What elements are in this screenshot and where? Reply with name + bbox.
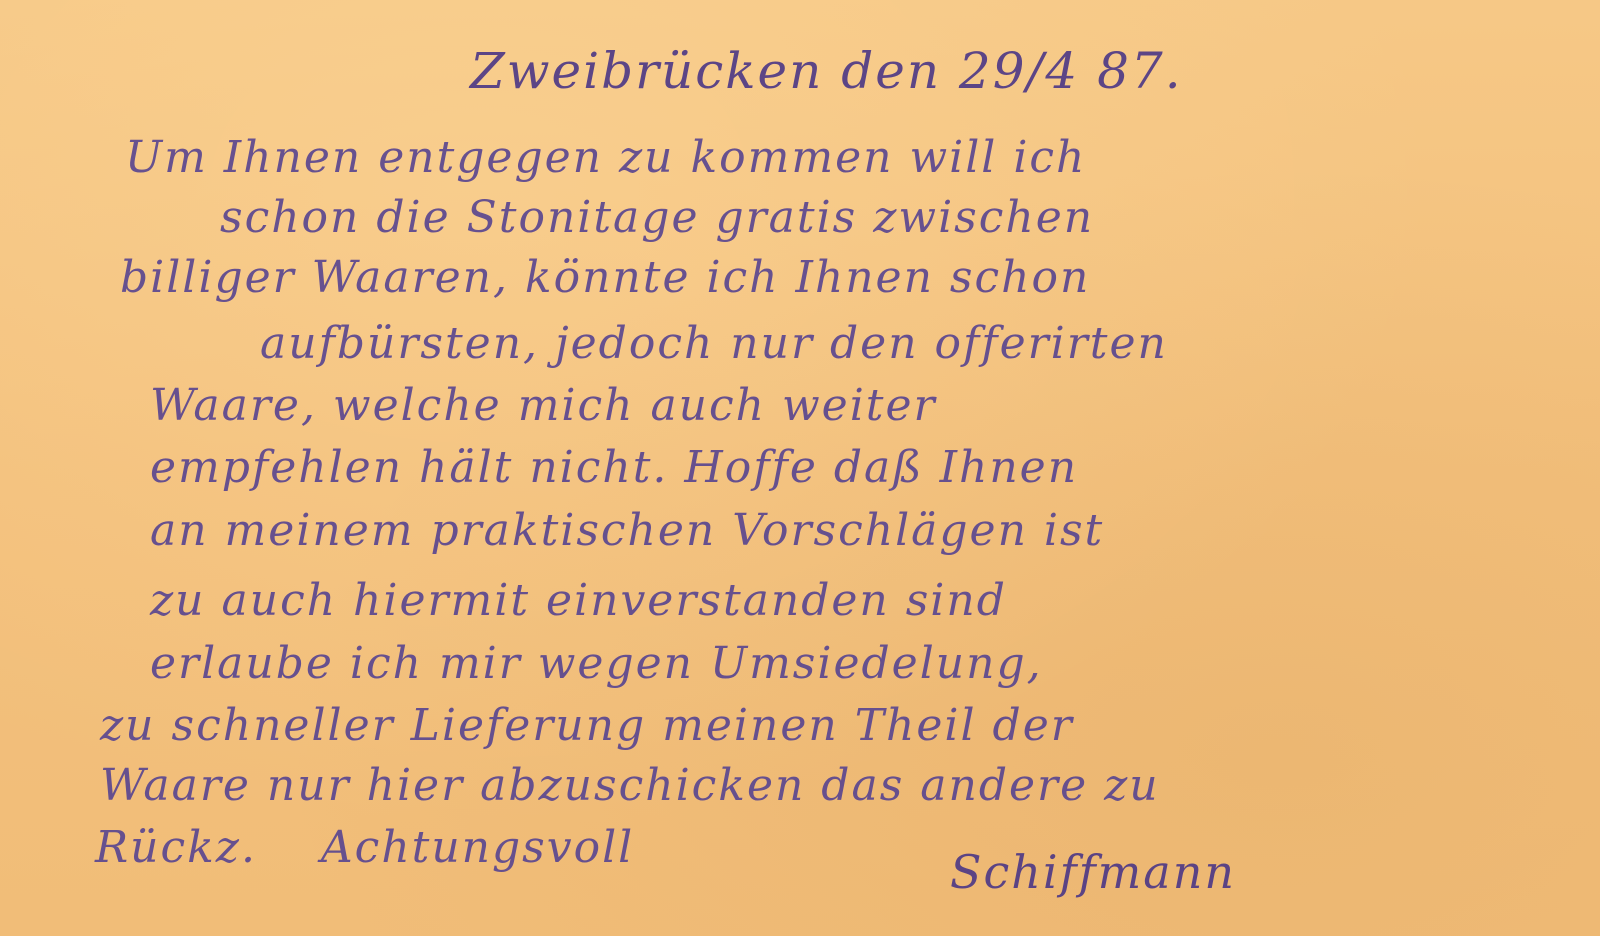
place-date-header: Zweibrücken den 29/4 87. — [470, 42, 1183, 100]
body-line: zu schneller Lieferung meinen Theil der — [100, 700, 1074, 751]
body-line-end: Rückz. — [95, 822, 257, 873]
body-line: empfehlen hält nicht. Hoffe daß Ihnen — [150, 442, 1078, 493]
body-line: Waare nur hier abzuschicken das andere z… — [100, 760, 1160, 811]
body-line-closing: Rückz. Achtungsvoll — [95, 822, 634, 873]
body-line: erlaube ich mir wegen Umsiedelung, — [150, 638, 1043, 689]
body-line: zu auch hiermit einverstanden sind — [150, 575, 1007, 626]
place: Zweibrücken — [470, 42, 823, 100]
body-line: billiger Waaren, könnte ich Ihnen schon — [120, 252, 1090, 303]
postcard: Zweibrücken den 29/4 87. Um Ihnen entgeg… — [0, 0, 1600, 936]
body-line: an meinem praktischen Vorschlägen ist — [150, 505, 1104, 556]
date: den 29/4 87. — [841, 42, 1182, 100]
body-line: schon die Stonitage gratis zwischen — [220, 192, 1094, 243]
body-line: aufbürsten, jedoch nur den offerirten — [260, 318, 1168, 369]
body-line: Um Ihnen entgegen zu kommen will ich — [125, 132, 1086, 183]
signature: Schiffmann — [950, 845, 1236, 899]
closing: Achtungsvoll — [321, 822, 634, 873]
body-line: Waare, welche mich auch weiter — [150, 380, 937, 431]
